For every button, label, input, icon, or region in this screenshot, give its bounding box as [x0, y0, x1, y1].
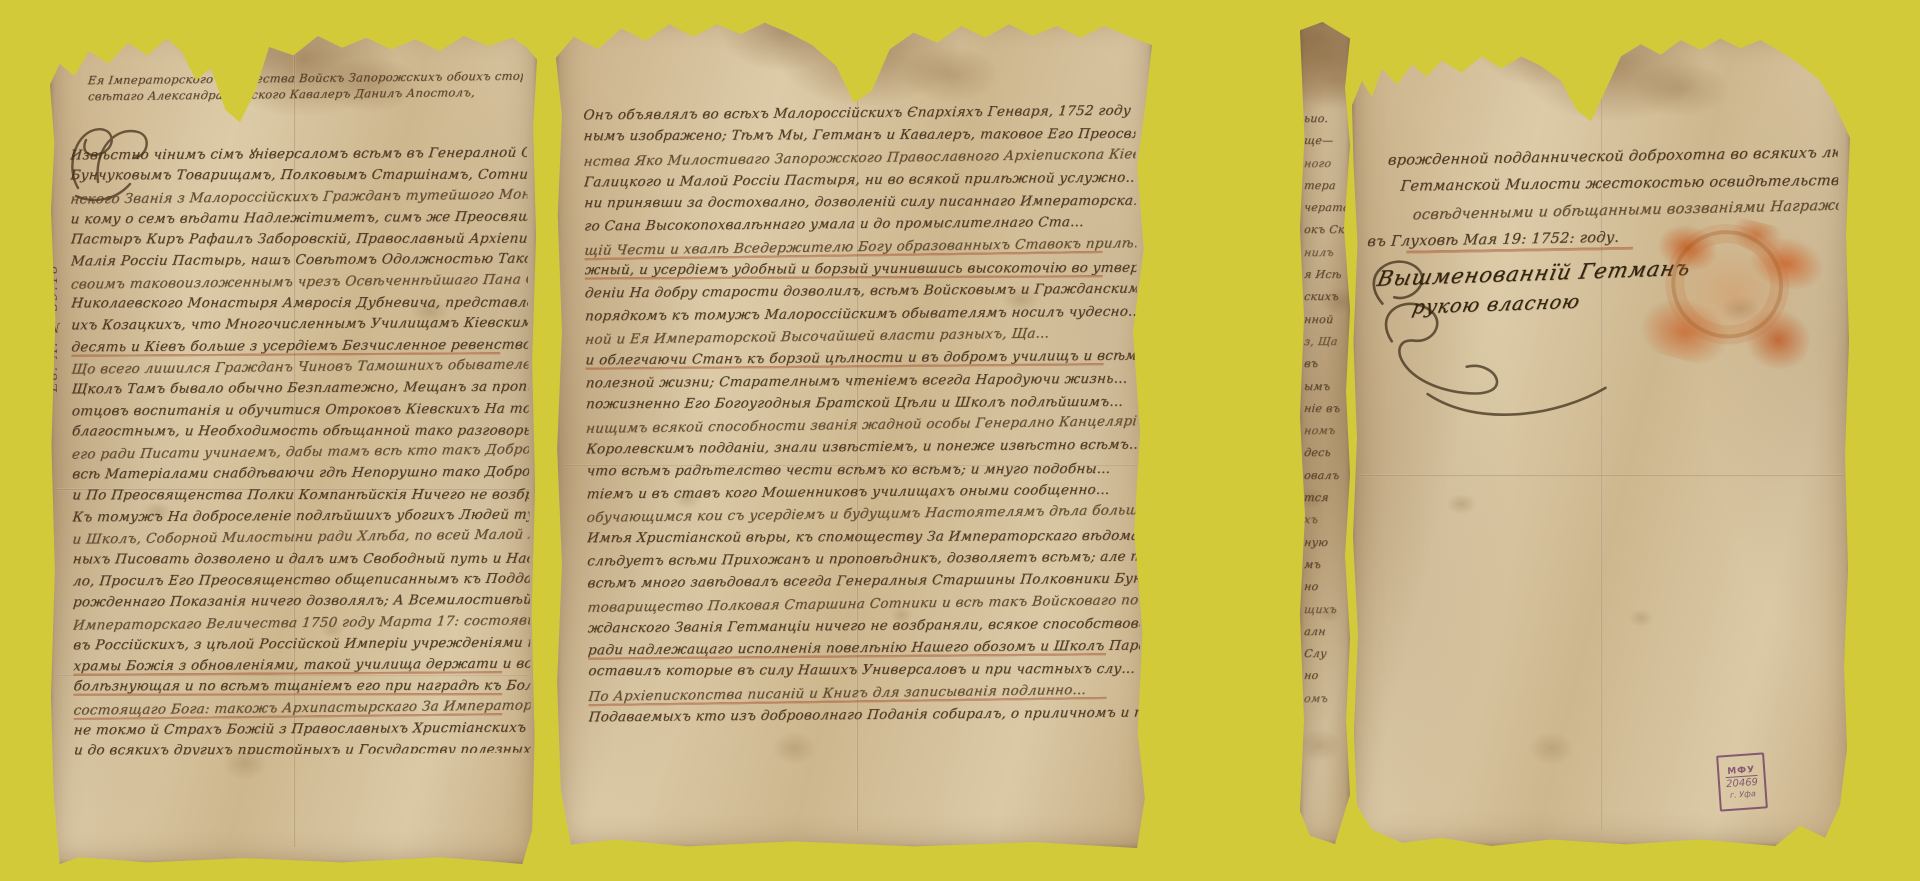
- fragment-line: ную: [1304, 532, 1350, 554]
- handwriting-line: своимъ таковоизложеннымъ чрезъ Освѣченнѣ…: [70, 269, 529, 295]
- handwriting-block: Онъ объявлялъ во всѣхъ Малороссійскихъ Є…: [583, 100, 1140, 731]
- fragment-line: я Исѣ: [1304, 264, 1350, 286]
- handwriting-block: Извѣстно чінимъ сімъ ꙋніверсаломъ всѣмъ …: [70, 143, 531, 756]
- fragment-line: но: [1304, 576, 1350, 598]
- handwriting-line: Подаваемыхъ кто изъ доброволнаго Поданія…: [588, 702, 1141, 729]
- handwriting-line: и до всякихъ другихъ пристойныхъ и Госуд…: [73, 740, 531, 755]
- handwriting-line: всѣ Матеріалами снабдѣваючи гдѣ Непорушн…: [71, 462, 530, 486]
- fragment-line: десь: [1304, 442, 1350, 464]
- fragment-line: хъ: [1304, 509, 1350, 532]
- fragment-line: щихъ: [1304, 598, 1350, 621]
- torn-edge-strip: ьио.ще—ноготерачератоокъ Скнилъя Исѣских…: [1300, 22, 1350, 844]
- fragment-line: мъ: [1304, 554, 1350, 576]
- fragment-line: ного: [1304, 152, 1350, 175]
- stamp-abbreviation: МФУ: [1725, 764, 1758, 777]
- seal-ring-impression: [1660, 218, 1795, 350]
- fragment-line: ніе въ: [1304, 398, 1350, 420]
- fragment-line: окъ Ск: [1304, 219, 1350, 241]
- manuscript-page-3: врожденной подданнической доброхотна во …: [1352, 32, 1850, 846]
- handwriting-line: въ Россійскихъ, з цѣлой Россійской Импер…: [72, 632, 531, 656]
- handwriting-line: болѣзнующая и по всѣмъ тщаніемъ его при …: [72, 676, 530, 698]
- handwriting-line: храмы Божія з обновленіями, такой училищ…: [72, 654, 531, 678]
- fragment-line: Слу: [1304, 643, 1350, 665]
- line-ending-fragments: ьио.ще—ноготерачератоокъ Скнилъя Исѣских…: [1304, 108, 1350, 836]
- handwriting-line: Извѣстно чінимъ сімъ ꙋніверсаломъ всѣмъ …: [70, 143, 528, 167]
- fragment-line: омъ: [1304, 688, 1350, 711]
- stamp-number: 20469: [1726, 776, 1759, 789]
- handwriting-line: и Школъ, Соборной Милостыни ради Хлѣба, …: [71, 525, 531, 551]
- fragment-line: нилъ: [1304, 242, 1350, 265]
- handwriting-line: отцовъ воспитанія и обучитися Отроковъ К…: [71, 398, 530, 422]
- fragment-line: въ: [1304, 353, 1350, 375]
- stamp-city: г. Уфа: [1730, 789, 1756, 800]
- fragment-line: ще—: [1304, 130, 1350, 152]
- archive-stamp: МФУ 20469 г. Уфа: [1716, 752, 1768, 811]
- fragment-line: алн: [1304, 621, 1350, 643]
- handwriting-line: ныхъ Писовать дозволено и далъ имъ Свобо…: [72, 548, 531, 570]
- manuscript-page-1: Ев: А: № 39:18 Ея Імператорского Величес…: [50, 26, 537, 864]
- fragment-line: нной: [1304, 309, 1350, 331]
- handwriting-line: ихъ Козацкихъ, что Многочисленнымъ Учили…: [70, 313, 529, 337]
- header-line: свѣтаго Александра Невского Кавалеръ Дан…: [87, 84, 523, 105]
- manuscript-page-2: Онъ объявлялъ во всѣхъ Малороссійскихъ Є…: [556, 16, 1152, 848]
- handwriting-line: и кому о семъ вѣдати Надлежітиметъ, симъ…: [70, 206, 529, 230]
- fragment-line: но: [1304, 665, 1350, 687]
- handwriting-line: и По Преосвященства Полки Компанѣйскія Н…: [71, 484, 530, 506]
- scanned-manuscript-scene: Ев: А: № 39:18 Ея Імператорского Величес…: [0, 0, 1920, 881]
- fold-crease-horizontal: [1359, 474, 1842, 477]
- fragment-line: овалъ: [1304, 465, 1350, 487]
- handwriting-line: не токмо й Страхъ Божій з Православныхъ …: [73, 718, 531, 742]
- handwriting-line: Пастыръ Киръ Рафаилъ Заборовскій, Правос…: [70, 229, 529, 251]
- handwriting-line: Бунчуковымъ Товарищамъ, Полковымъ Старші…: [70, 165, 528, 187]
- marginal-archive-note: Ев: А: № 39:18: [46, 222, 61, 392]
- fragment-line: ымъ: [1304, 376, 1350, 398]
- fragment-line: номъ: [1304, 420, 1350, 443]
- fragment-line: тера: [1304, 175, 1350, 197]
- handwriting-line: Щколъ Тамъ бывало обычно Безплатежно, Ме…: [71, 377, 530, 401]
- fragment-line: ьио.: [1304, 108, 1350, 130]
- handwriting-line: Николаевского Монастыря Амвросія Дубневи…: [70, 293, 529, 315]
- fragment-line: скихъ: [1304, 286, 1350, 308]
- fragment-line: черато: [1304, 197, 1350, 219]
- fragment-line: тся: [1304, 487, 1350, 509]
- handwriting-line: Королевскимъ подданіи, знали извѣстіемъ,…: [585, 434, 1139, 461]
- hetman-title-header: Ея Імператорского Величества Войскъ Запо…: [88, 68, 523, 105]
- fragment-line: з, Ща: [1304, 331, 1350, 354]
